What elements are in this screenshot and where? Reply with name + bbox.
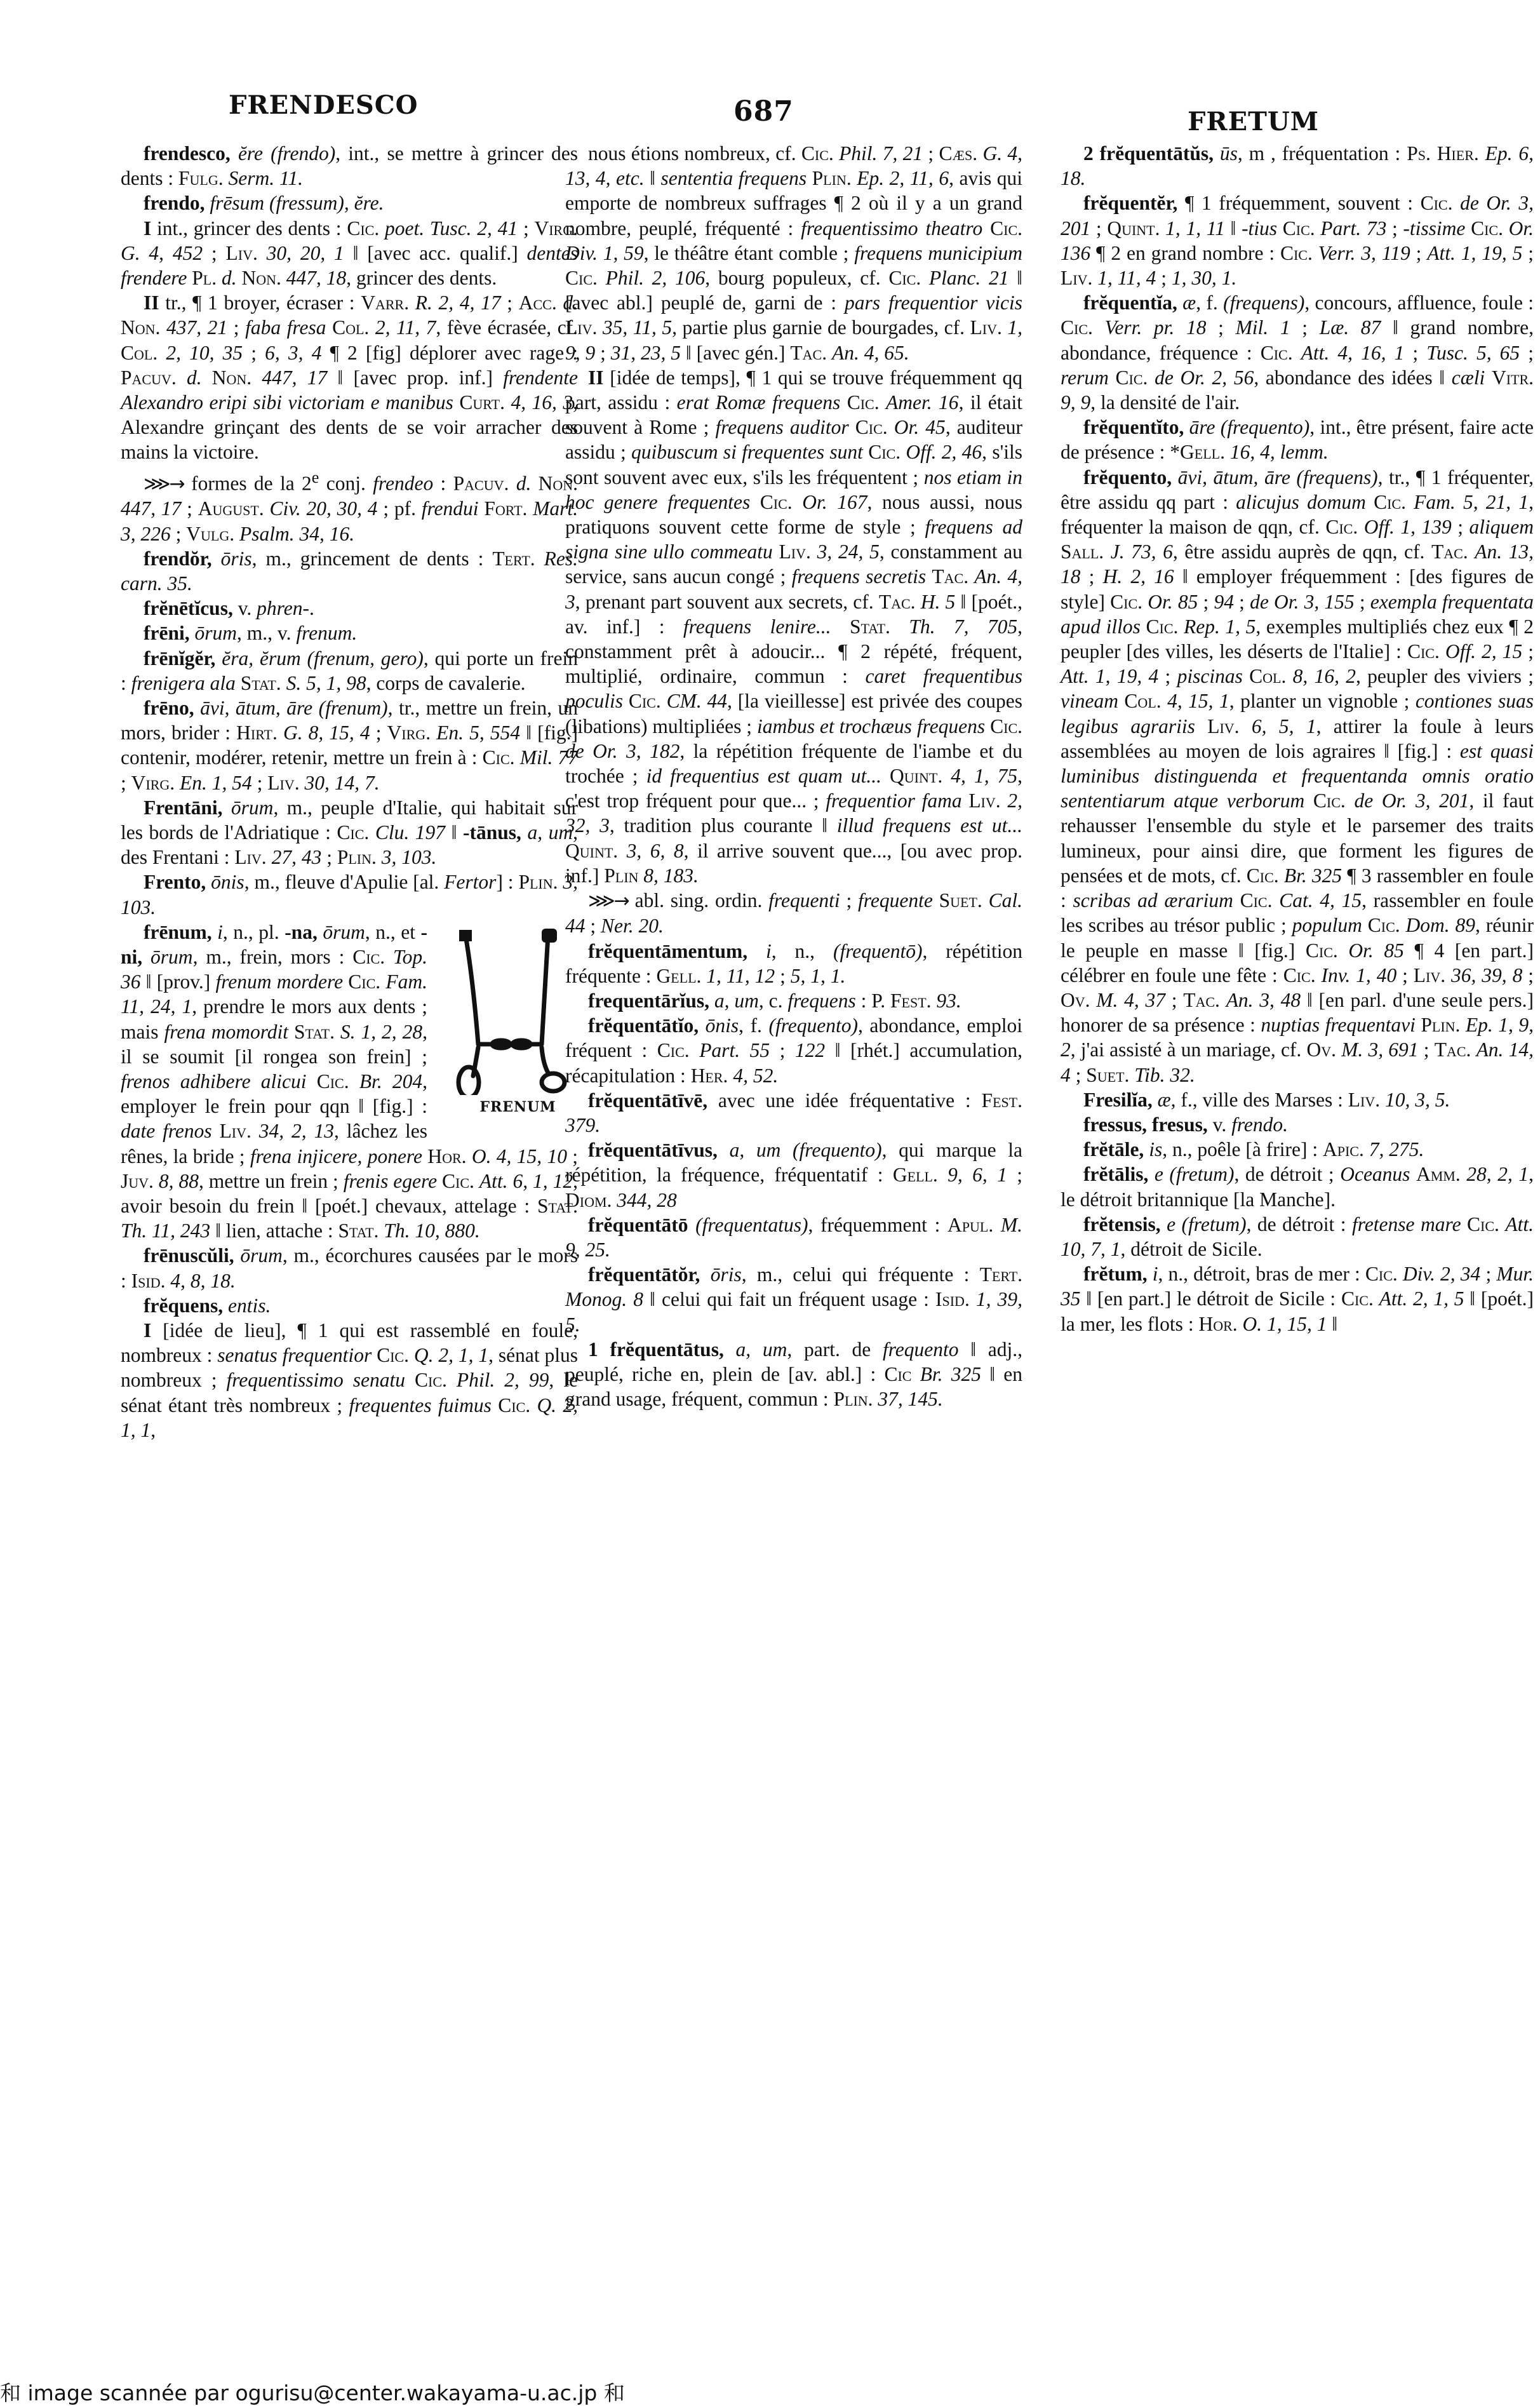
dictionary-entry: frĕquentāmentum, i, n., (frequentō), rép… [565, 939, 1022, 988]
dictionary-entry: Frento, ōnis, m., fleuve d'Apulie [al. F… [121, 870, 578, 919]
page-number: 687 [733, 95, 794, 128]
dictionary-entry: FRENUM frēnum, i, n., pl. -na, ōrum, n.,… [121, 920, 578, 1244]
dictionary-entry: frĕnētĭcus, v. phren-. [121, 596, 578, 621]
dictionary-column-3: 2 frĕquentātŭs, ūs, m , fréquentation : … [1061, 141, 1534, 1336]
dictionary-entry: frequentārĭus, a, um, c. frequens : P. F… [565, 988, 1022, 1013]
dictionary-entry: frēno, āvi, ātum, āre (frenum), tr., met… [121, 696, 578, 795]
dictionary-entry: frēni, ōrum, m., v. frenum. [121, 621, 578, 645]
dictionary-entry: frĕquentātĭo, ōnis, f. (frequento), abon… [565, 1013, 1022, 1088]
dictionary-entry: fressus, fresus, v. frendo. [1061, 1112, 1534, 1137]
dictionary-entry: frendesco, ĕre (frendo), int., se mettre… [121, 141, 578, 191]
dictionary-entry: frĕquentātīvē, avec une idée fréquentati… [565, 1088, 1022, 1138]
dictionary-entry: frĕquentĭto, āre (frequento), int., être… [1061, 415, 1534, 464]
dictionary-entry: frĕquentĭa, æ, f. (frequens), concours, … [1061, 290, 1534, 415]
dictionary-column-1: frendesco, ĕre (frendo), int., se mettre… [121, 141, 578, 1442]
dictionary-entry: frĕtāle, is, n., poêle [à frire] : Apic.… [1061, 1137, 1534, 1162]
dictionary-entry: Frentāni, ōrum, m., peuple d'Italie, qui… [121, 795, 578, 870]
dictionary-entry: frĕquento, āvi, ātum, āre (frequens), tr… [1061, 465, 1534, 1087]
dictionary-column-2: nous étions nombreux, cf. Cic. Phil. 7, … [565, 141, 1022, 1411]
dictionary-entry: frĕquentātō (frequentatus), fréquemment … [565, 1213, 1022, 1262]
dictionary-entry: I [idée de lieu], ¶ 1 qui est rassemblé … [121, 1318, 578, 1442]
dictionary-entry: frĕquentĕr, ¶ 1 fréquemment, souvent : C… [1061, 191, 1534, 290]
figure-caption: FRENUM [435, 1095, 578, 1120]
dictionary-entry: frendŏr, ōris, m., grincement de dents :… [121, 546, 578, 596]
dictionary-entry: 1 frĕquentātus, a, um, part. de frequent… [565, 1337, 1022, 1412]
right-guideword: FRETUM [1188, 107, 1319, 137]
dictionary-entry: 2 frĕquentātŭs, ūs, m , fréquentation : … [1061, 141, 1534, 191]
frenum-figure: FRENUM [435, 924, 578, 1120]
dictionary-entry: ⋙→ formes de la 2e conj. frendeo : Pacuv… [121, 465, 578, 546]
dictionary-entry: I int., grincer des dents : Cic. poet. T… [121, 216, 578, 291]
running-header: FRENDESCO 687 FRETUM [0, 83, 1540, 133]
horse-bit-icon [440, 924, 573, 1095]
dictionary-entry: frĕtālis, e (fretum), de détroit ; Ocean… [1061, 1162, 1534, 1211]
dictionary-entry: frĕtensis, e (fretum), de détroit : fret… [1061, 1212, 1534, 1261]
dictionary-entry: II tr., ¶ 1 broyer, écraser : Varr. R. 2… [121, 290, 578, 464]
dictionary-entry: frēnuscŭli, ōrum, m., écorchures causées… [121, 1243, 578, 1293]
dictionary-entry: Fresilĭa, æ, f., ville des Marses : Liv.… [1061, 1087, 1534, 1112]
dictionary-entry: frĕquentātŏr, ōris, m., celui qui fréque… [565, 1262, 1022, 1337]
dictionary-entry: nous étions nombreux, cf. Cic. Phil. 7, … [565, 141, 1022, 365]
left-guideword: FRENDESCO [229, 90, 418, 120]
scan-credit: 和 image scannée par ogurisu@center.wakay… [0, 2377, 625, 2406]
dictionary-entry: frĕquens, entis. [121, 1293, 578, 1318]
dictionary-entry: frĕtum, i, n., détroit, bras de mer : Ci… [1061, 1261, 1534, 1336]
dictionary-entry: ⋙→ abl. sing. ordin. frequenti ; frequen… [565, 888, 1022, 938]
dictionary-entry: frendo, frēsum (fressum), ĕre. [121, 191, 578, 215]
dictionary-entry: frēnĭgĕr, ĕra, ĕrum (frenum, gero), qui … [121, 646, 578, 696]
dictionary-entry: II [idée de temps], ¶ 1 qui se trouve fr… [565, 365, 1022, 888]
dictionary-entry: frĕquentātīvus, a, um (frequento), qui m… [565, 1138, 1022, 1213]
